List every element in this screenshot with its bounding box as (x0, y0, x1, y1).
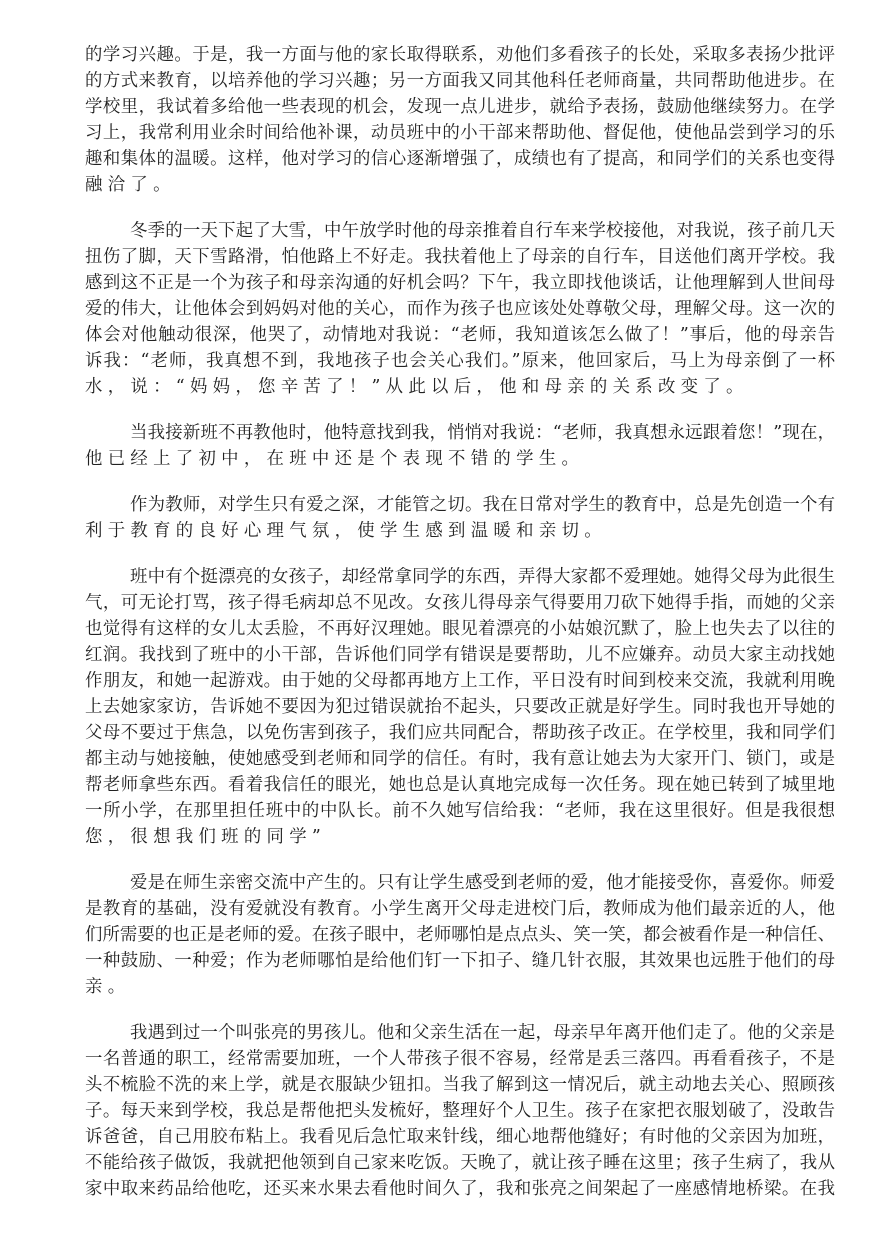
text-line: 感到这不正是一个为孩子和母亲沟通的好机会吗？下午，我立即找他谈话，让他理解到人世… (85, 270, 835, 296)
text-line: 一所小学，在那里担任班中的中队长。前不久她写信给我：“老师，我在这里很好。但是我… (85, 798, 835, 824)
text-line: 是教育的基础，没有爱就没有教育。小学生离开父母走进校门后，教师成为他们最亲近的人… (85, 896, 835, 922)
text-line: 诉我：“老师，我真想不到，我地孩子也会关心我们。”原来，他回家后，马上为母亲倒了… (85, 348, 835, 374)
text-line: 冬季的一天下起了大雪，中午放学时他的母亲推着自行车来学校接他，对我说，孩子前几天 (85, 218, 835, 244)
text-line: 学校里，我试着多给他一些表现的机会，发现一点儿进步，就给予表扬，鼓励他继续努力。… (85, 94, 835, 120)
text-line: 们所需要的也正是老师的爱。在孩子眼中，老师哪怕是点点头、笑一笑，都会被看作是一种… (85, 922, 835, 948)
text-line: 作为教师，对学生只有爱之深，才能管之切。我在日常对学生的教育中，总是先创造一个有 (85, 492, 835, 518)
text-line: 我遇到过一个叫张亮的男孩儿。他和父亲生活在一起，母亲早年离开他们走了。他的父亲是 (85, 1020, 835, 1046)
text-line: 也觉得有这样的女儿太丢脸，不再好汉理她。眼见着漂亮的小姑娘沉默了，脸上也失去了以… (85, 616, 835, 642)
text-line: 融洽了。 (85, 172, 835, 198)
text-line: 都主动与她接触，使她感受到老师和同学的信任。有时，我有意让她去为大家开门、锁门，… (85, 746, 835, 772)
text-line: 爱的伟大，让他体会到妈妈对他的关心，而作为孩子也应该处处尊敬父母，理解父母。这一… (85, 296, 835, 322)
text-line: 诉爸爸，自己用胶布粘上。我看见后急忙取来针线，细心地帮他缝好；有时他的父亲因为加… (85, 1124, 835, 1150)
text-line: 体会对他触动很深，他哭了，动情地对我说：“老师，我知道该怎么做了！”事后，他的母… (85, 322, 835, 348)
text-line: 扭伤了脚，天下雪路滑，怕他路上不好走。我扶着他上了母亲的自行车，目送他们离开学校… (85, 244, 835, 270)
text-line: 爱是在师生亲密交流中产生的。只有让学生感受到老师的爱，他才能接受你，喜爱你。师爱 (85, 870, 835, 896)
paragraph-7: 我遇到过一个叫张亮的男孩儿。他和父亲生活在一起，母亲早年离开他们走了。他的父亲是… (85, 1020, 835, 1202)
text-line: 当我接新班不再教他时，他特意找到我，悄悄对我说：“老师，我真想永远跟着您！”现在… (85, 420, 835, 446)
text-line: 作朋友，和她一起游戏。由于她的父母都再地方上工作，平日没有时间到校来交流，我就利… (85, 668, 835, 694)
text-line: 红润。我找到了班中的小干部，告诉他们同学有错误是要帮助，儿不应嫌弃。动员大家主动… (85, 642, 835, 668)
text-line: 的方式来教育，以培养他的学习兴趣；另一方面我又同其他科任老师商量，共同帮助他进步… (85, 68, 835, 94)
text-line: 水，说：“妈妈，您辛苦了！”从此以后，他和母亲的关系改变了。 (85, 374, 835, 400)
text-line: 一种鼓励、一种爱；作为老师哪怕是给他们钉一下扣子、缝几针衣服，其效果也远胜于他们… (85, 948, 835, 974)
text-line: 一名普通的职工，经常需要加班，一个人带孩子很不容易，经常是丢三落四。再看看孩子，… (85, 1046, 835, 1072)
text-line: 班中有个挺漂亮的女孩子，却经常拿同学的东西，弄得大家都不爱理她。她得父母为此很生 (85, 564, 835, 590)
document-page: 的学习兴趣。于是，我一方面与他的家长取得联系，劝他们多看孩子的长处，采取多表扬少… (85, 42, 835, 1222)
text-line: 他已经上了初中，在班中还是个表现不错的学生。 (85, 446, 835, 472)
text-line: 家中取来药品给他吃，还买来水果去看他时间久了，我和张亮之间架起了一座感情地桥梁。… (85, 1176, 835, 1202)
paragraph-3: 当我接新班不再教他时，他特意找到我，悄悄对我说：“老师，我真想永远跟着您！”现在… (85, 420, 835, 472)
paragraph-4: 作为教师，对学生只有爱之深，才能管之切。我在日常对学生的教育中，总是先创造一个有… (85, 492, 835, 544)
text-line: 习上，我常利用业余时间给他补课，动员班中的小干部来帮助他、督促他，使他品尝到学习… (85, 120, 835, 146)
text-line: 不能给孩子做饭，我就把他领到自己家来吃饭。天晚了，就让孩子睡在这里；孩子生病了，… (85, 1150, 835, 1176)
paragraph-5: 班中有个挺漂亮的女孩子，却经常拿同学的东西，弄得大家都不爱理她。她得父母为此很生… (85, 564, 835, 850)
paragraph-2: 冬季的一天下起了大雪，中午放学时他的母亲推着自行车来学校接他，对我说，孩子前几天… (85, 218, 835, 400)
text-line: 您，很想我们班的同学” (85, 824, 835, 850)
text-line: 父母不要过于焦急，以免伤害到孩子，我们应共同配合，帮助孩子改正。在学校里，我和同… (85, 720, 835, 746)
text-line: 帮老师拿些东西。看着我信任的眼光，她也总是认真地完成每一次任务。现在她已转到了城… (85, 772, 835, 798)
text-line: 利于教育的良好心理气氛，使学生感到温暖和亲切。 (85, 518, 835, 544)
text-line: 头不梳脸不洗的来上学，就是衣服缺少钮扣。当我了解到这一情况后，就主动地去关心、照… (85, 1072, 835, 1098)
text-line: 子。每天来到学校，我总是帮他把头发梳好，整理好个人卫生。孩子在家把衣服划破了，没… (85, 1098, 835, 1124)
text-line: 趣和集体的温暖。这样，他对学习的信心逐渐增强了，成绩也有了提高，和同学们的关系也… (85, 146, 835, 172)
text-line: 亲。 (85, 974, 835, 1000)
paragraph-1: 的学习兴趣。于是，我一方面与他的家长取得联系，劝他们多看孩子的长处，采取多表扬少… (85, 42, 835, 198)
paragraph-6: 爱是在师生亲密交流中产生的。只有让学生感受到老师的爱，他才能接受你，喜爱你。师爱… (85, 870, 835, 1000)
text-line: 的学习兴趣。于是，我一方面与他的家长取得联系，劝他们多看孩子的长处，采取多表扬少… (85, 42, 835, 68)
text-line: 气，可无论打骂，孩子得毛病却总不见改。女孩儿得母亲气得要用刀砍下她得手指，而她的… (85, 590, 835, 616)
text-line: 上去她家家访，告诉她不要因为犯过错误就抬不起头，只要改正就是好学生。同时我也开导… (85, 694, 835, 720)
